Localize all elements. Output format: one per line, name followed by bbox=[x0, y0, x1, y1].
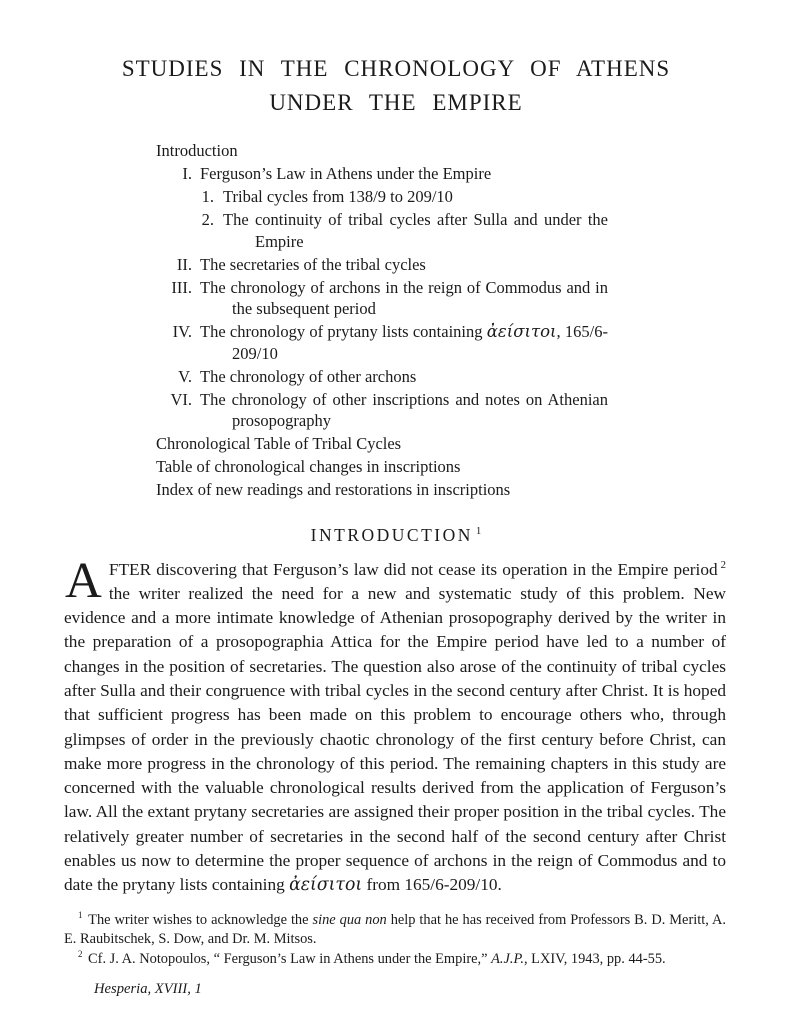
footnote-2: 2 Cf. J. A. Notopoulos, “ Ferguson’s Law… bbox=[64, 950, 726, 970]
toc-label: The chronology of prytany lists containi… bbox=[200, 321, 608, 364]
footnote-1-marker: 1 bbox=[78, 910, 82, 920]
toc-entry: 1. Tribal cycles from 138/9 to 209/10 bbox=[197, 186, 608, 208]
toc-entry: I. Ferguson’s Law in Athens under the Em… bbox=[156, 163, 608, 185]
toc-number: 2. bbox=[197, 209, 223, 252]
toc-label: The continuity of tribal cycles after Su… bbox=[223, 209, 608, 252]
toc-number: VI. bbox=[156, 389, 200, 432]
toc-entry: Table of chronological changes in inscri… bbox=[156, 456, 608, 478]
footnote-2-text: Cf. J. A. Notopoulos, “ Ferguson’s Law i… bbox=[84, 951, 491, 967]
toc-label: Tribal cycles from 138/9 to 209/10 bbox=[223, 186, 608, 208]
toc-number: 1. bbox=[197, 186, 223, 208]
toc-entry: V. The chronology of other archons bbox=[156, 366, 608, 388]
toc-number: IV. bbox=[156, 321, 200, 364]
introduction-footnote-ref: 1 bbox=[476, 525, 481, 537]
toc-label: Table of chronological changes in inscri… bbox=[156, 456, 608, 478]
greek-term: ἀείσιτοι bbox=[289, 875, 362, 895]
paper-title: STUDIES IN THE CHRONOLOGY OF ATHENS UNDE… bbox=[0, 0, 792, 120]
introduction-heading: INTRODUCTION1 bbox=[0, 525, 792, 546]
footnote-1-italic: sine qua non bbox=[312, 912, 386, 928]
toc-label: Ferguson’s Law in Athens under the Empir… bbox=[200, 163, 608, 185]
footnote-2-italic: A.J.P. bbox=[491, 951, 524, 967]
introduction-paragraph: AFTER discovering that Ferguson’s law di… bbox=[64, 558, 726, 898]
toc-label: Index of new readings and restorations i… bbox=[156, 479, 608, 501]
title-line-1: STUDIES IN THE CHRONOLOGY OF ATHENS bbox=[0, 52, 792, 86]
toc-label: Chronological Table of Tribal Cycles bbox=[156, 433, 608, 455]
toc-entry: Chronological Table of Tribal Cycles bbox=[156, 433, 608, 455]
toc-number: III. bbox=[156, 277, 200, 320]
toc-label: Introduction bbox=[156, 140, 608, 162]
drop-cap: A bbox=[64, 558, 109, 602]
toc-number: V. bbox=[156, 366, 200, 388]
toc-number: II. bbox=[156, 254, 200, 276]
table-of-contents: Introduction I. Ferguson’s Law in Athens… bbox=[156, 140, 608, 501]
toc-greek-term: ἀείσιτοι bbox=[487, 322, 557, 341]
toc-label: The chronology of archons in the reign o… bbox=[200, 277, 608, 320]
footnote-ref-2: 2 bbox=[721, 559, 726, 571]
paragraph-text: FTER discovering that Ferguson’s law did… bbox=[109, 560, 718, 579]
paragraph-text: the writer realized the need for a new a… bbox=[64, 584, 726, 895]
toc-entry: II. The secretaries of the tribal cycles bbox=[156, 254, 608, 276]
toc-label: The chronology of other inscriptions and… bbox=[200, 389, 608, 432]
toc-entry: IV. The chronology of prytany lists cont… bbox=[156, 321, 608, 364]
toc-entry: Index of new readings and restorations i… bbox=[156, 479, 608, 501]
title-line-2: UNDER THE EMPIRE bbox=[0, 86, 792, 120]
toc-entry: VI. The chronology of other inscriptions… bbox=[156, 389, 608, 432]
toc-label-text: The chronology of prytany lists containi… bbox=[200, 322, 483, 341]
toc-number: I. bbox=[156, 163, 200, 185]
toc-entry: III. The chronology of archons in the re… bbox=[156, 277, 608, 320]
introduction-heading-text: INTRODUCTION bbox=[311, 525, 473, 545]
journal-citation: Hesperia, XVIII, 1 bbox=[94, 980, 726, 1000]
footnote-1: 1 The writer wishes to acknowledge the s… bbox=[64, 911, 726, 950]
toc-entry: Introduction bbox=[156, 140, 608, 162]
footnote-2-marker: 2 bbox=[78, 949, 82, 959]
footnote-1-text: The writer wishes to acknowledge the bbox=[84, 912, 312, 928]
paragraph-text: from 165/6-209/10. bbox=[362, 875, 502, 894]
toc-label: The secretaries of the tribal cycles bbox=[200, 254, 608, 276]
footnote-2-text: , LXIV, 1943, pp. 44-55. bbox=[524, 951, 666, 967]
footnotes-section: 1 The writer wishes to acknowledge the s… bbox=[64, 911, 726, 1000]
document-page: STUDIES IN THE CHRONOLOGY OF ATHENS UNDE… bbox=[0, 0, 792, 1024]
toc-label: The chronology of other archons bbox=[200, 366, 608, 388]
toc-entry: 2. The continuity of tribal cycles after… bbox=[197, 209, 608, 252]
